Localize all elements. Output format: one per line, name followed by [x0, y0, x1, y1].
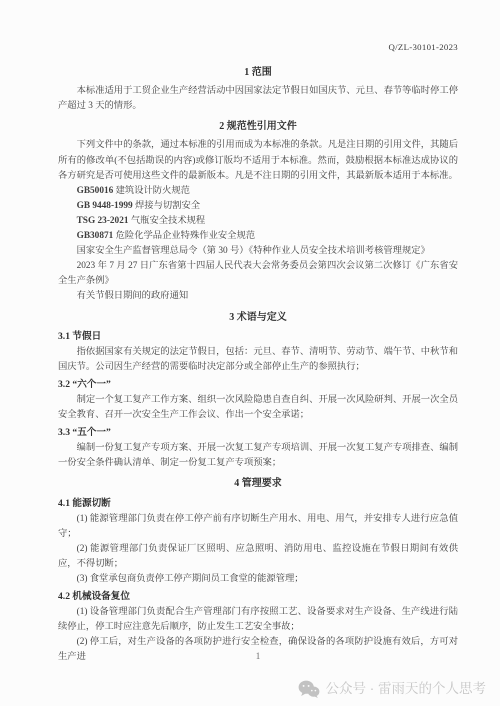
body-paragraph: 制定一个复工复产工作方案、组织一次风险隐患自查自纠、开展一次风险研判、开展一次全…: [58, 393, 458, 423]
reference-line: 2023 年 7 月 27 日广东省第十四届人民代表大会常务委员会第四次会议第二…: [58, 259, 458, 289]
section-heading: 1 范围: [58, 65, 458, 80]
section-heading: 3 术语与定义: [58, 310, 458, 325]
wechat-icon: [298, 680, 320, 698]
reference-line: TSG 23-2021 气瓶安全技术规程: [58, 214, 458, 229]
body-paragraph: 编制一份复工复产专项方案、开展一次复工复产专项培训、开展一次复工复产专项排查、编…: [58, 441, 458, 471]
standard-code: TSG 23-2021: [77, 216, 131, 226]
reference-line: 国家安全生产监督管理总局令（第 30 号）《特种作业人员安全技术培训考核管理规定…: [58, 244, 458, 259]
subsection-heading: 4.1 能源切断: [58, 496, 458, 511]
body-paragraph: (1) 设备管理部门负责配合生产管理部门有序按照工艺、设备要求对生产设备、生产线…: [58, 605, 458, 635]
document-page: Q/ZL-30101-2023 1 范围本标准适用于工贸企业生产经营活动中因国家…: [0, 0, 500, 706]
standard-code: GB50016: [77, 186, 116, 196]
body-paragraph: (2) 能源管理部门负责保证厂区照明、应急照明、消防用电、监控设施在节假日期间有…: [58, 542, 458, 572]
section-heading: 2 规范性引用文件: [58, 119, 458, 134]
body-paragraph: (3) 食堂承包商负责停工停产期间员工食堂的能源管理；: [58, 572, 458, 587]
reference-line: GB 9448-1999 焊接与切割安全: [58, 199, 458, 214]
section-heading: 4 管理要求: [58, 476, 458, 491]
document-body: 1 范围本标准适用于工贸企业生产经营活动中因国家法定节假日如国庆节、元旦、春节等…: [58, 65, 458, 665]
watermark-label: 公众号 · 雷雨天的个人思考: [326, 681, 487, 696]
body-paragraph: (1) 能源管理部门负责在停工停产前有序切断生产用水、用电、用气，并安排专人进行…: [58, 512, 458, 542]
subsection-heading: 4.2 机械设备复位: [58, 589, 458, 604]
subsection-heading: 3.1 节假日: [58, 329, 458, 344]
document-code: Q/ZL-30101-2023: [58, 40, 458, 55]
standard-code: GB30871: [77, 231, 116, 241]
reference-line: GB50016 建筑设计防火规范: [58, 184, 458, 199]
reference-line: GB30871 危险化学品企业特殊作业安全规范: [58, 229, 458, 244]
subsection-heading: 3.3 “五个一”: [58, 425, 458, 440]
body-paragraph: 指依据国家有关规定的法定节假日，包括：元旦、春节、清明节、劳动节、端午节、中秋节…: [58, 345, 458, 375]
reference-line: 有关节假日期间的政府通知: [58, 289, 458, 304]
subsection-heading: 3.2 “六个一”: [58, 377, 458, 392]
standard-code: GB 9448-1999: [77, 201, 135, 211]
watermark: 公众号 · 雷雨天的个人思考: [298, 680, 487, 698]
body-paragraph: 下列文件中的条款，通过本标准的引用而成为本标准的条款。凡是注日期的引用文件，其随…: [58, 138, 458, 183]
body-paragraph: 本标准适用于工贸企业生产经营活动中因国家法定节假日如国庆节、元旦、春节等临时停工…: [58, 84, 458, 114]
page-number: 1: [58, 649, 458, 664]
